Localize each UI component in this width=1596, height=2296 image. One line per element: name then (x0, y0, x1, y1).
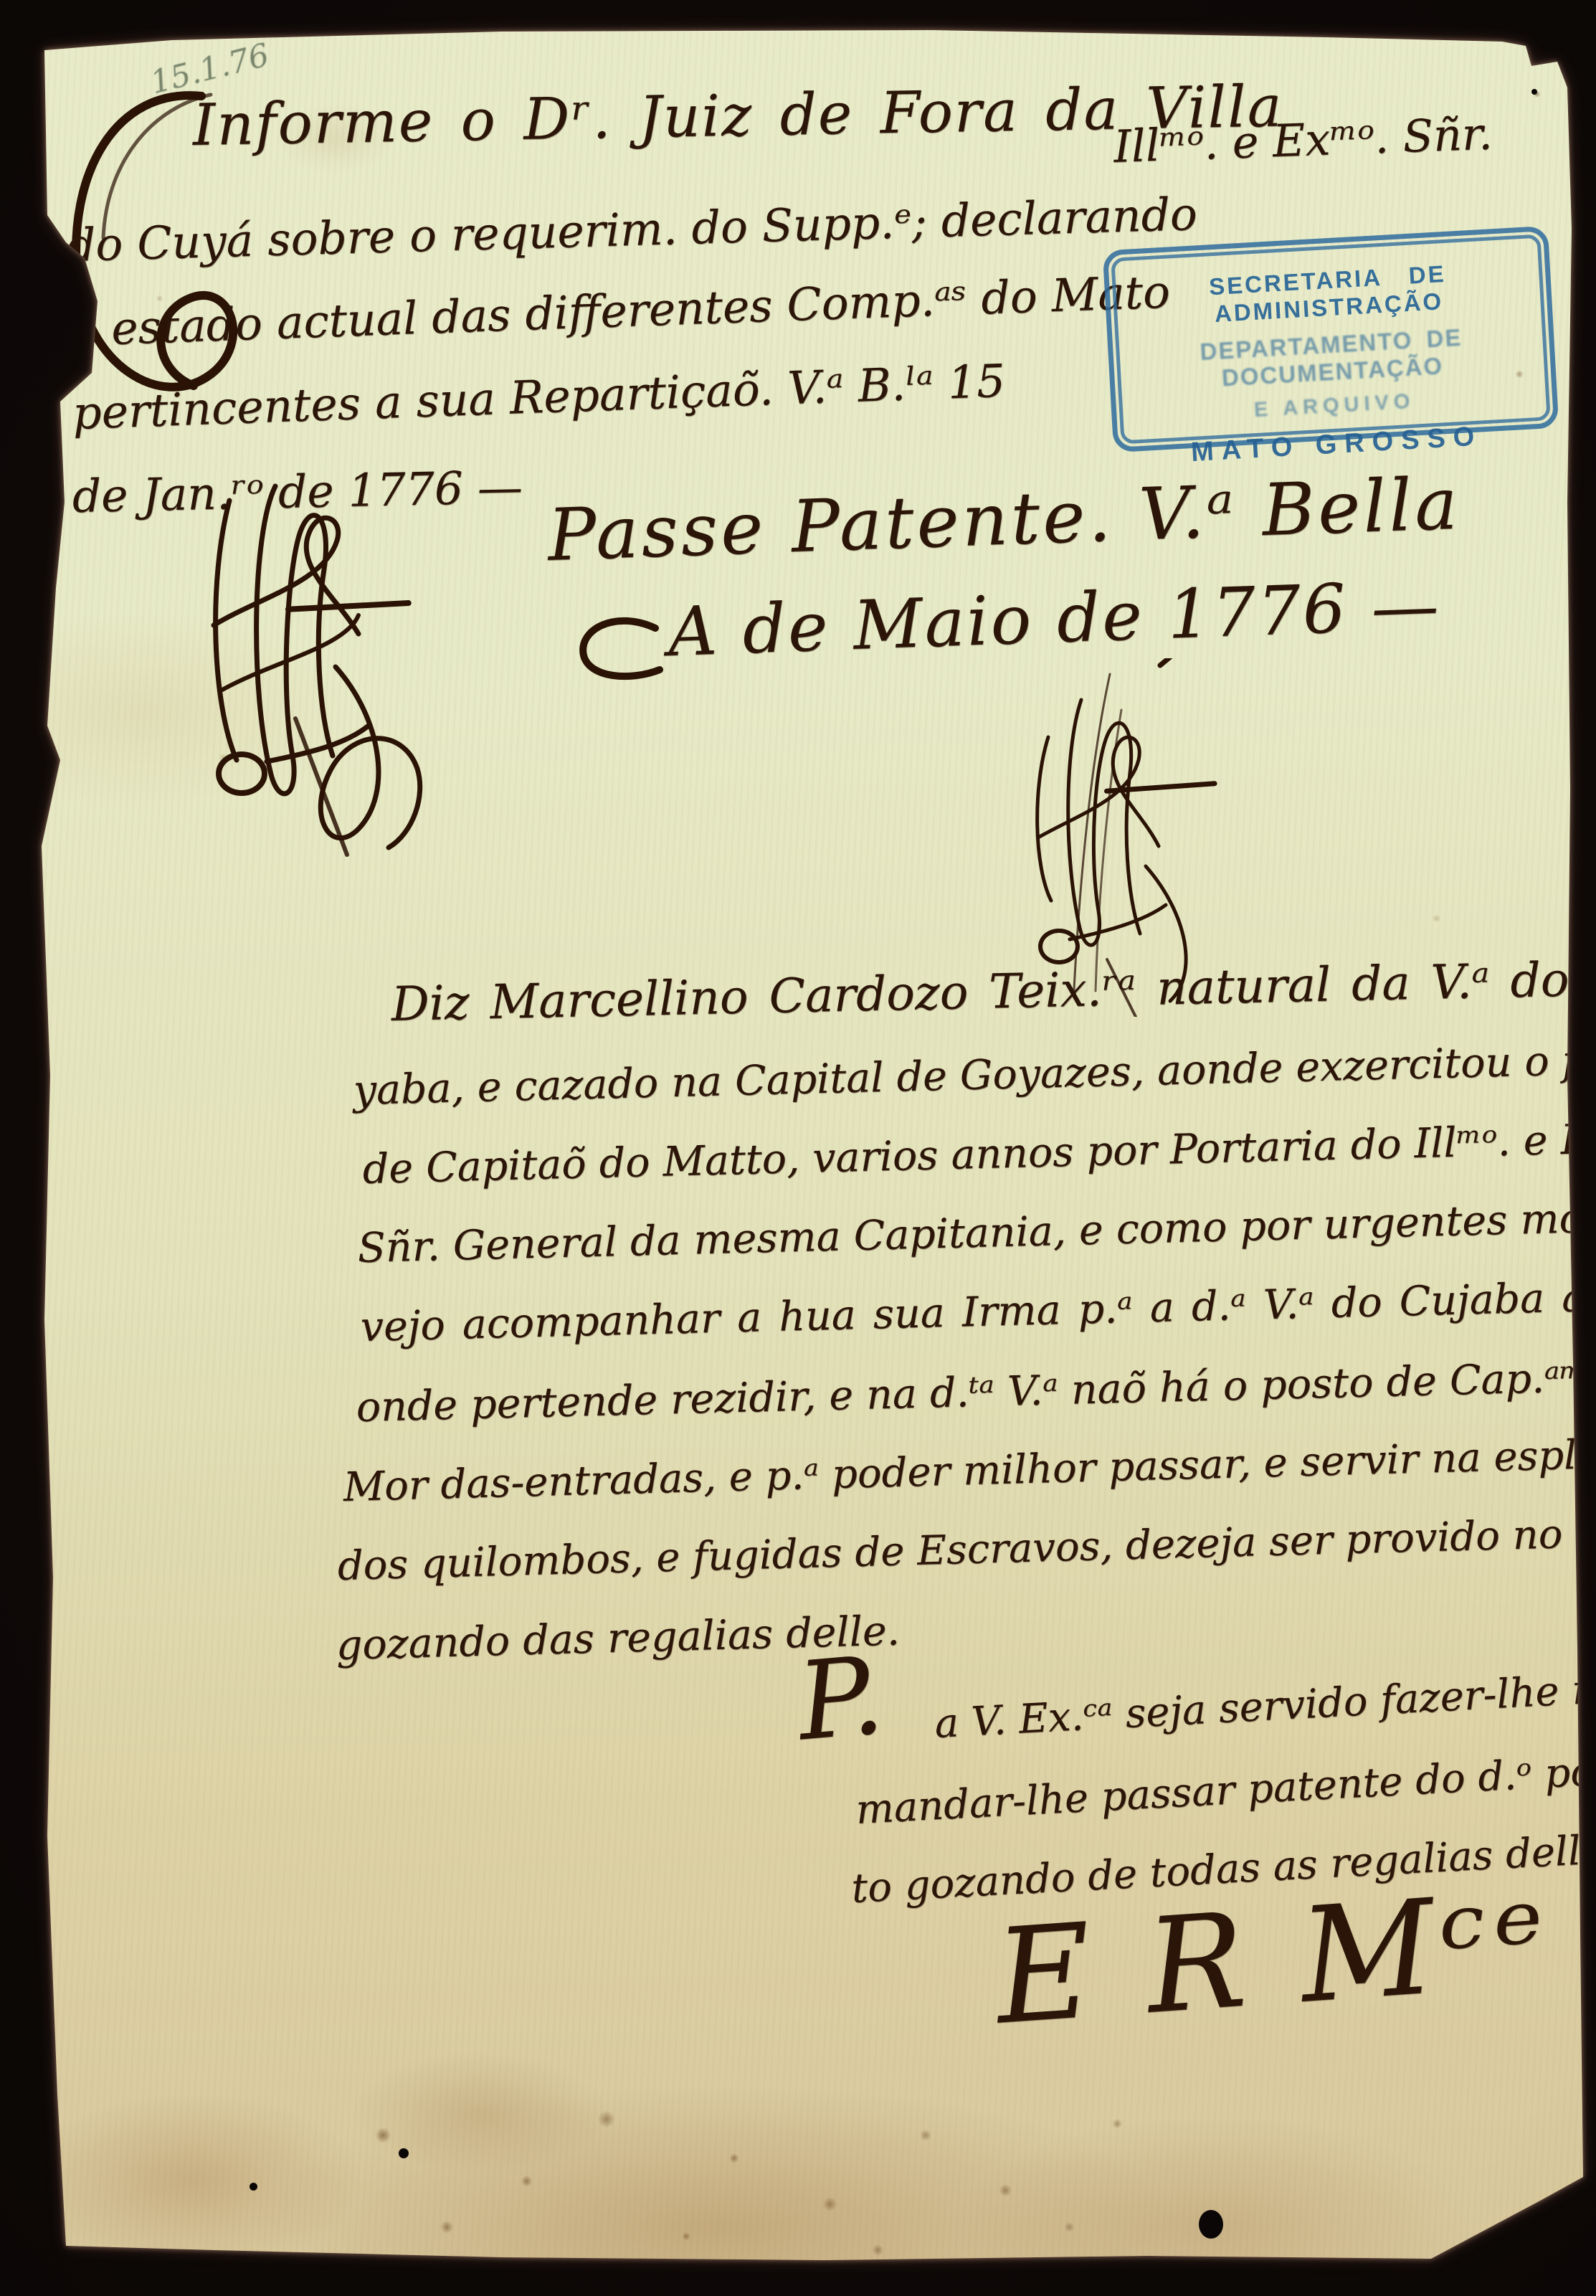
body-line-1: Diz Marcellino Cardozo Teix.ʳᵃ natural d… (391, 950, 1596, 1032)
body-line-2: yaba, e cazado na Capital de Goyazes, ao… (353, 1035, 1596, 1114)
stamp-line-1: SECRETARIA DE ADMINISTRAÇÃO (1116, 255, 1541, 333)
date-lead-flourish (565, 608, 665, 694)
wormhole-spot (250, 2183, 257, 2191)
wormhole-spot (399, 2148, 409, 2158)
body-line-3: de Capitaõ do Matto, varios annos por Po… (362, 1114, 1596, 1193)
left-rubric-flourish (166, 475, 467, 862)
paper-wrapper: 15.1.76 Informe o Dʳ. Juiz de Fora da Vi… (0, 0, 1596, 2296)
title-line-2: A de Maio de 1776 — (667, 566, 1442, 672)
body-line-8: dos quilombos, e fugidas de Escravos, de… (337, 1506, 1596, 1590)
petition-initial: P. (793, 1633, 888, 1765)
photo-background: 15.1.76 Informe o Dʳ. Juiz de Fora da Vi… (0, 0, 1596, 2296)
body-line-5: vejo acompanhar a hua sua Irma p.ᵃ a d.ᵃ… (360, 1273, 1596, 1351)
manuscript-page: 15.1.76 Informe o Dʳ. Juiz de Fora da Vi… (0, 0, 1596, 2296)
archival-stamp: SECRETARIA DE ADMINISTRAÇÃO DEPARTAMENTO… (1103, 226, 1559, 452)
petition-line-1: a V. Ex.ᶜᵃ seja servido fazer-lhe m.ᶜᵉ (934, 1664, 1596, 1747)
wormhole-spot (1531, 89, 1537, 95)
title-line-1: Passe Patente. V.ᵃ Bella (546, 462, 1462, 577)
body-line-6: onde pertende rezidir, e na d.ᵗᵃ V.ᵃ naõ… (356, 1354, 1585, 1431)
petition-line-2: mandar-lhe passar patente do d.ᵒ pos- (855, 1747, 1596, 1834)
body-line-7: Mor das-entradas, e p.ᵃ poder milhor pas… (343, 1428, 1596, 1511)
pen-hairline-strokes (1032, 667, 1176, 997)
stamp-inner-border: SECRETARIA DE ADMINISTRAÇÃO DEPARTAMENTO… (1111, 234, 1551, 444)
wormhole-spot (1199, 2210, 1223, 2239)
body-line-4: Sñr. General da mesma Capitania, e como … (357, 1192, 1596, 1272)
